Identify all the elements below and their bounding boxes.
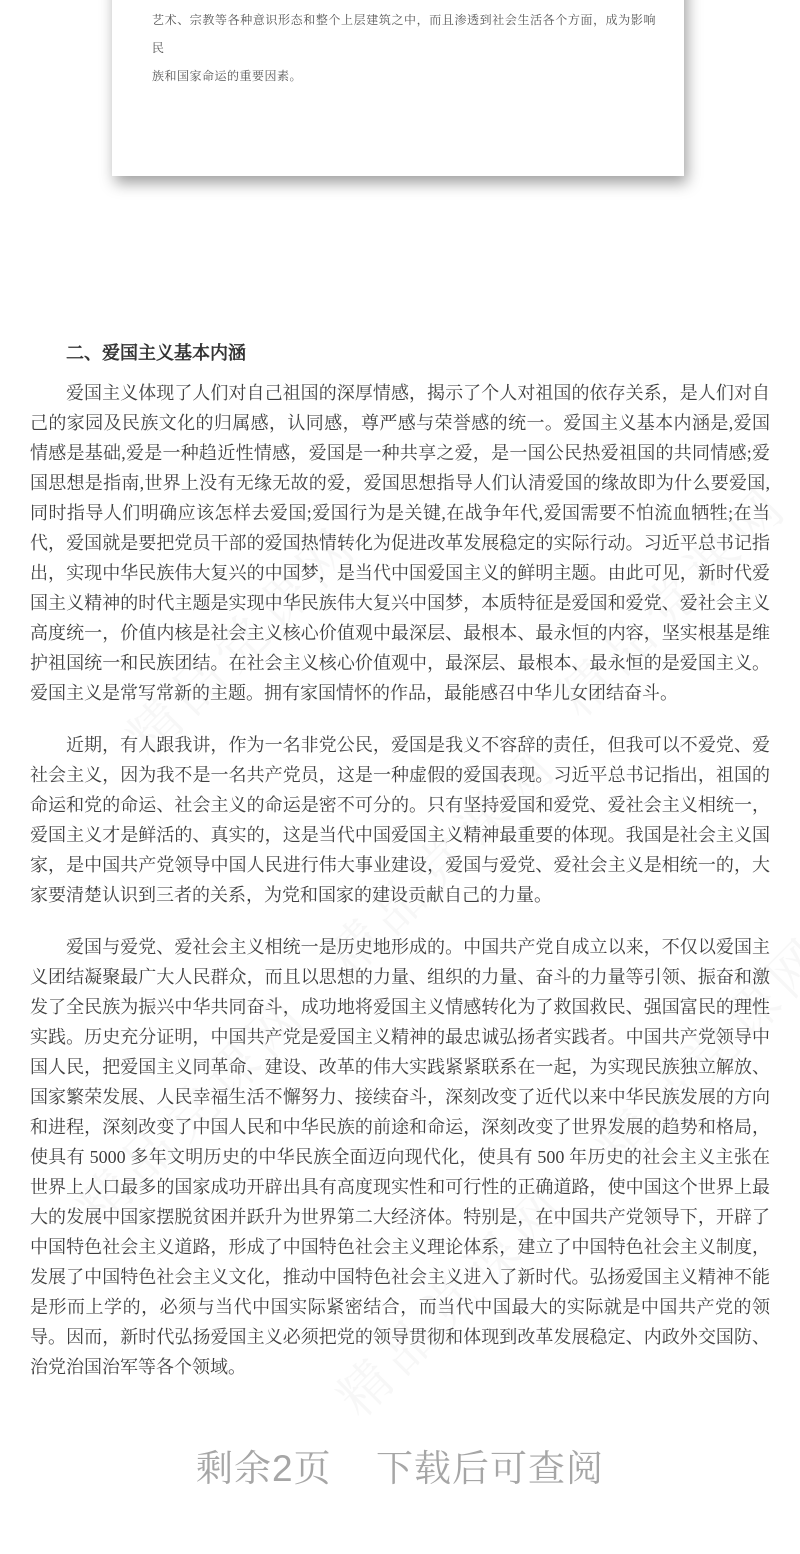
paragraph: 爱国主义体现了人们对自己祖国的深厚情感，揭示了个人对祖国的依存关系，是人们对自己… (30, 378, 770, 708)
preview-line: 族和国家命运的重要因素。 (152, 62, 656, 90)
paragraph: 近期，有人跟我讲，作为一名非党公民，爱国是我义不容辞的责任，但我可以不爱党、爱社… (30, 730, 770, 910)
preview-page-card: 艺术、宗教等各种意识形态和整个上层建筑之中，而且渗透到社会生活各个方面，成为影响… (112, 0, 684, 176)
paragraph: 爱国与爱党、爱社会主义相统一是历史地形成的。中国共产党自成立以来，不仅以爱国主义… (30, 932, 770, 1382)
document-preview-page: 艺术、宗教等各种意识形态和整个上层建筑之中，而且渗透到社会生活各个方面，成为影响… (0, 0, 800, 1554)
download-hint-label: 下载后可查阅 (376, 1448, 604, 1489)
section-heading: 二、爱国主义基本内涵 (30, 338, 770, 368)
document-body: 二、爱国主义基本内涵 爱国主义体现了人们对自己祖国的深厚情感，揭示了个人对祖国的… (0, 338, 800, 1404)
preview-line: 艺术、宗教等各种意识形态和整个上层建筑之中，而且渗透到社会生活各个方面，成为影响… (152, 6, 656, 62)
footer-note: 剩余2页下载后可查阅 (0, 1443, 800, 1495)
pages-remaining-label: 剩余2页 (196, 1448, 332, 1489)
